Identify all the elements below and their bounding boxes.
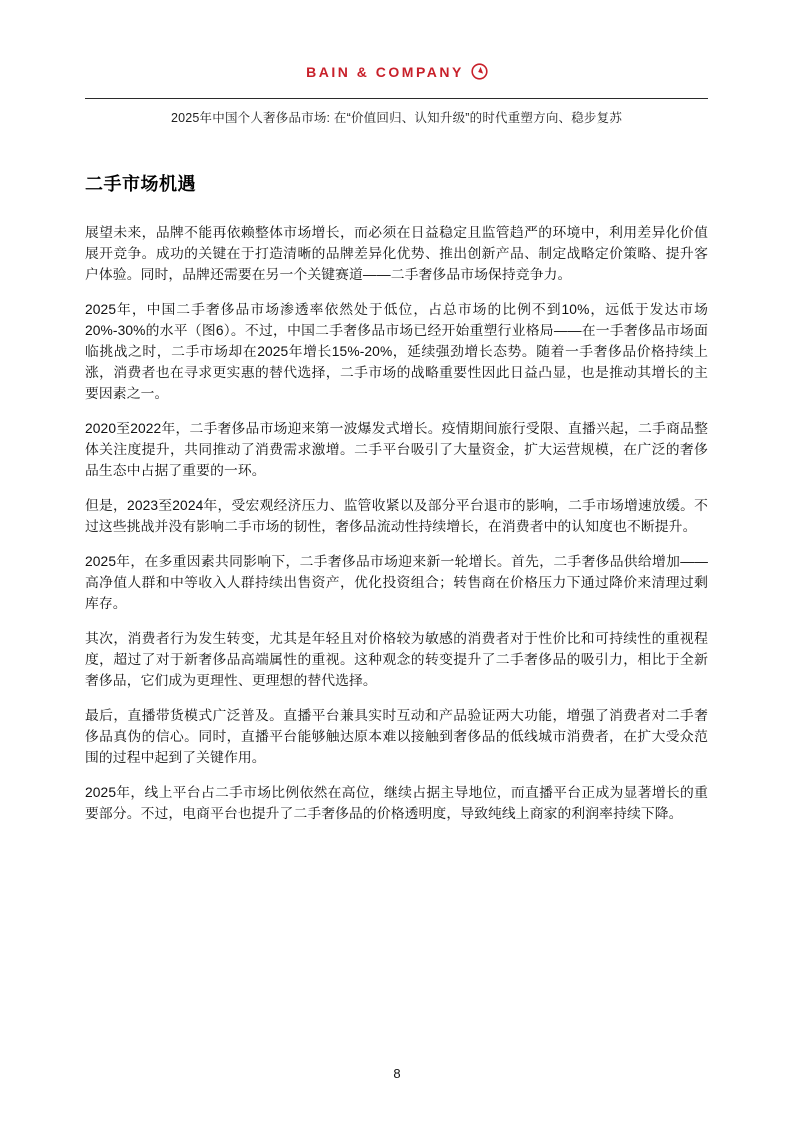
bain-compass-icon [471, 63, 488, 80]
body-paragraph: 2020至2022年，二手奢侈品市场迎来第一波爆发式增长。疫情期间旅行受限、直播… [85, 418, 708, 481]
body-paragraph: 最后，直播带货模式广泛普及。直播平台兼具实时互动和产品验证两大功能，增强了消费者… [85, 705, 708, 768]
body-paragraph: 2025年，中国二手奢侈品市场渗透率依然处于低位，占总市场的比例不到10%，远低… [85, 299, 708, 404]
header-divider [85, 98, 708, 99]
page-number: 8 [0, 1066, 794, 1081]
page-content: 二手市场机遇 展望未来，品牌不能再依赖整体市场增长，而必须在日益稳定且监管趋严的… [85, 170, 708, 838]
body-paragraph: 展望未来，品牌不能再依赖整体市场增长，而必须在日益稳定且监管趋严的环境中，利用差… [85, 222, 708, 285]
report-page: BAIN & COMPANY 2025年中国个人奢侈品市场: 在“价值回归、认知… [0, 0, 794, 1123]
body-paragraph: 但是，2023至2024年，受宏观经济压力、监管收紧以及部分平台退市的影响，二手… [85, 495, 708, 537]
section-title: 二手市场机遇 [85, 170, 708, 196]
body-paragraph: 其次，消费者行为发生转变，尤其是年轻且对价格较为敏感的消费者对于性价比和可持续性… [85, 628, 708, 691]
body-paragraph: 2025年，线上平台占二手市场比例依然在高位，继续占据主导地位，而直播平台正成为… [85, 782, 708, 824]
body-paragraph: 2025年，在多重因素共同影响下，二手奢侈品市场迎来新一轮增长。首先，二手奢侈品… [85, 551, 708, 614]
report-subtitle: 2025年中国个人奢侈品市场: 在“价值回归、认知升级”的时代重塑方向、稳步复苏 [85, 108, 708, 126]
bain-logo: BAIN & COMPANY [0, 63, 794, 80]
bain-logo-text: BAIN & COMPANY [306, 64, 464, 80]
